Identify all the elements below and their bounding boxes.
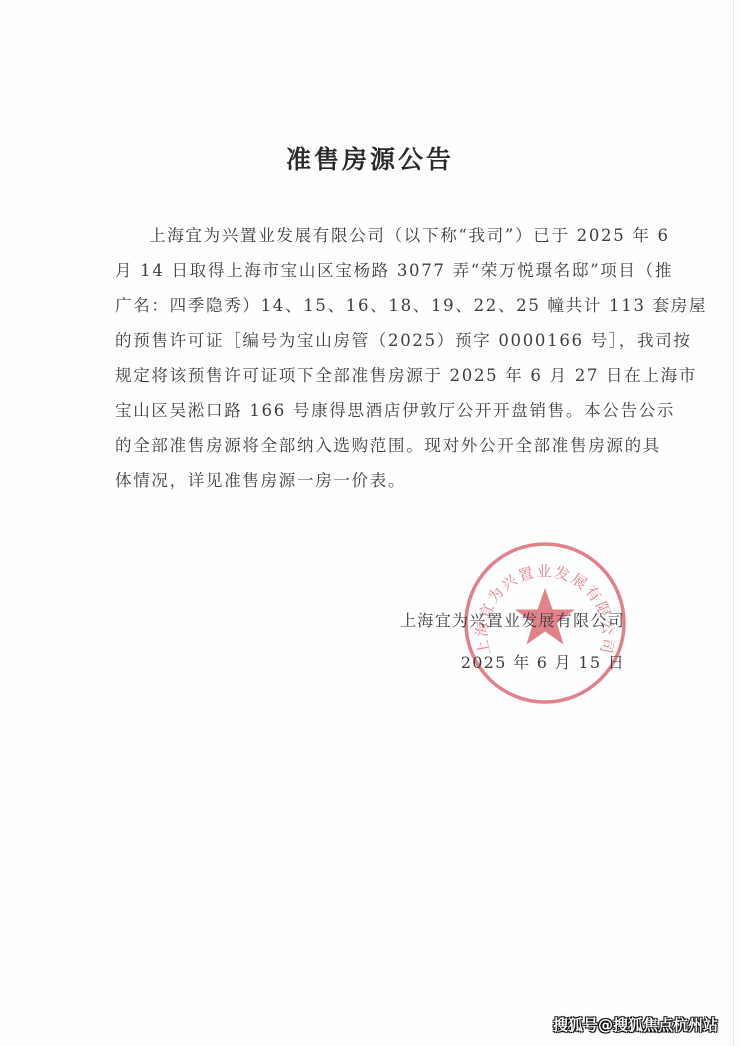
body-line: 宝山区吴淞口路 166 号康得思酒店伊敦厅公开开盘销售。本公告公示: [115, 398, 627, 433]
document-title: 准售房源公告: [0, 140, 740, 176]
signature-date: 2025 年 6 月 15 日: [460, 650, 625, 673]
body-line: 月 14 日取得上海市宝山区宝杨路 3077 弄“荣万悦璟名邸”项目（推: [115, 258, 627, 293]
body-line: 规定将该预售许可证项下全部准售房源于 2025 年 6 月 27 日在上海市: [115, 363, 627, 398]
company-signature: 上海宜为兴置业发展有限公司: [400, 608, 625, 631]
body-line: 广名：四季隐秀）14、15、16、18、19、22、25 幢共计 113 套房屋: [115, 293, 627, 328]
document-page: 准售房源公告 上海宜为兴置业发展有限公司（以下称“我司”）已于 2025 年 6…: [0, 0, 740, 1046]
announcement-body: 上海宜为兴置业发展有限公司（以下称“我司”）已于 2025 年 6 月 14 日…: [115, 223, 627, 503]
body-line: 的预售许可证［编号为宝山房管（2025）预字 0000166 号］，我司按: [115, 328, 627, 363]
body-line: 体情况，详见准售房源一房一价表。: [115, 468, 627, 503]
source-watermark: 搜狐号@搜狐焦点杭州站: [553, 1014, 718, 1035]
body-line: 上海宜为兴置业发展有限公司（以下称“我司”）已于 2025 年 6: [115, 223, 627, 258]
body-line: 的全部准售房源将全部纳入选购范围。现对外公开全部准售房源的具: [115, 433, 627, 468]
